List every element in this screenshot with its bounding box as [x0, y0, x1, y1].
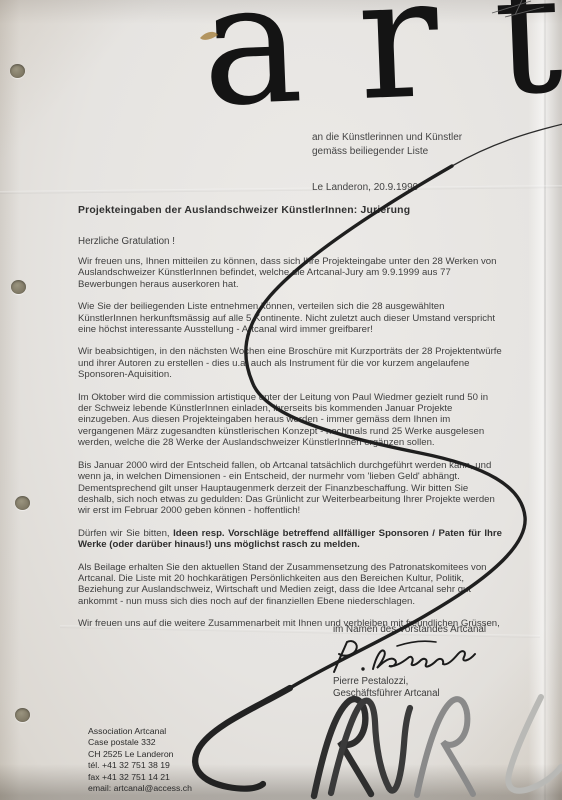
hole-punch [11, 280, 26, 294]
art-logo: art [199, 0, 562, 130]
paragraph-brochure: Wir beabsichtigen, in den nächsten Woche… [78, 346, 502, 380]
signature-tbar [397, 641, 436, 646]
footer-fax: fax +41 32 751 14 21 [88, 772, 192, 783]
footer-phone: tél. +41 32 751 38 19 [88, 760, 192, 771]
signature-initial-p [334, 641, 357, 672]
recipient-line-2: gemäss beiliegender Liste [312, 145, 462, 159]
canal-letter-a1 [314, 699, 371, 796]
signature-dot [361, 667, 364, 670]
letter-body: Wir freuen uns, Ihnen mitteilen zu könne… [78, 256, 502, 641]
handwritten-canal-word [314, 697, 561, 796]
footer-address-block: Association Artcanal Case postale 332 CH… [88, 726, 192, 794]
footer-association: Association Artcanal [88, 726, 192, 737]
recipient-block: an die Künstlerinnen und Künstler gemäss… [312, 131, 462, 158]
paragraph-continents: Wie Sie der beiliegenden Liste entnehmen… [78, 301, 502, 335]
salutation: Herzliche Gratulation ! [78, 236, 175, 247]
subject-line: Projekteingaben der Auslandschweizer Kün… [78, 205, 508, 216]
signer-name: Pierre Pestalozzi, [333, 676, 440, 688]
canal-letter-a2 [417, 699, 473, 795]
footer-city: CH 2525 Le Landeron [88, 749, 192, 760]
signature-surname [373, 650, 475, 669]
paragraph-enclosure: Als Beilage erhalten Sie den aktuellen S… [78, 562, 502, 608]
paragraph-jury: Wir freuen uns, Ihnen mitteilen zu könne… [78, 256, 502, 290]
footer-pobox: Case postale 332 [88, 737, 192, 748]
request-intro: Dürfen wir Sie bitten, [78, 528, 173, 539]
paragraph-decision: Bis Januar 2000 wird der Entscheid falle… [78, 460, 502, 517]
footer-email: email: artcanal@access.ch [88, 783, 192, 794]
hole-punch [15, 496, 30, 510]
handwritten-signature [334, 641, 475, 672]
hole-punch [10, 64, 25, 78]
canal-letter-l [508, 697, 561, 791]
dateline: Le Landeron, 20.9.1999 [312, 182, 418, 193]
canal-letter-n [331, 701, 410, 793]
hole-punch [15, 708, 30, 722]
recipient-line-1: an die Künstlerinnen und Künstler [312, 131, 462, 145]
closing-line: im Namen des Vorstandes Artcanal [333, 624, 486, 635]
signer-block: Pierre Pestalozzi, Geschäftsführer Artca… [333, 676, 440, 700]
paragraph-october: Im Oktober wird die commission artistiqu… [78, 392, 502, 449]
scanned-letter-page: art an die Künstlerinnen und Künstler ge… [0, 0, 562, 800]
canal-letter-c [195, 688, 290, 789]
paper-crease [0, 185, 562, 194]
paragraph-sponsor-request: Dürfen wir Sie bitten, Ideen resp. Vorsc… [78, 528, 502, 551]
signer-role: Geschäftsführer Artcanal [333, 688, 440, 700]
